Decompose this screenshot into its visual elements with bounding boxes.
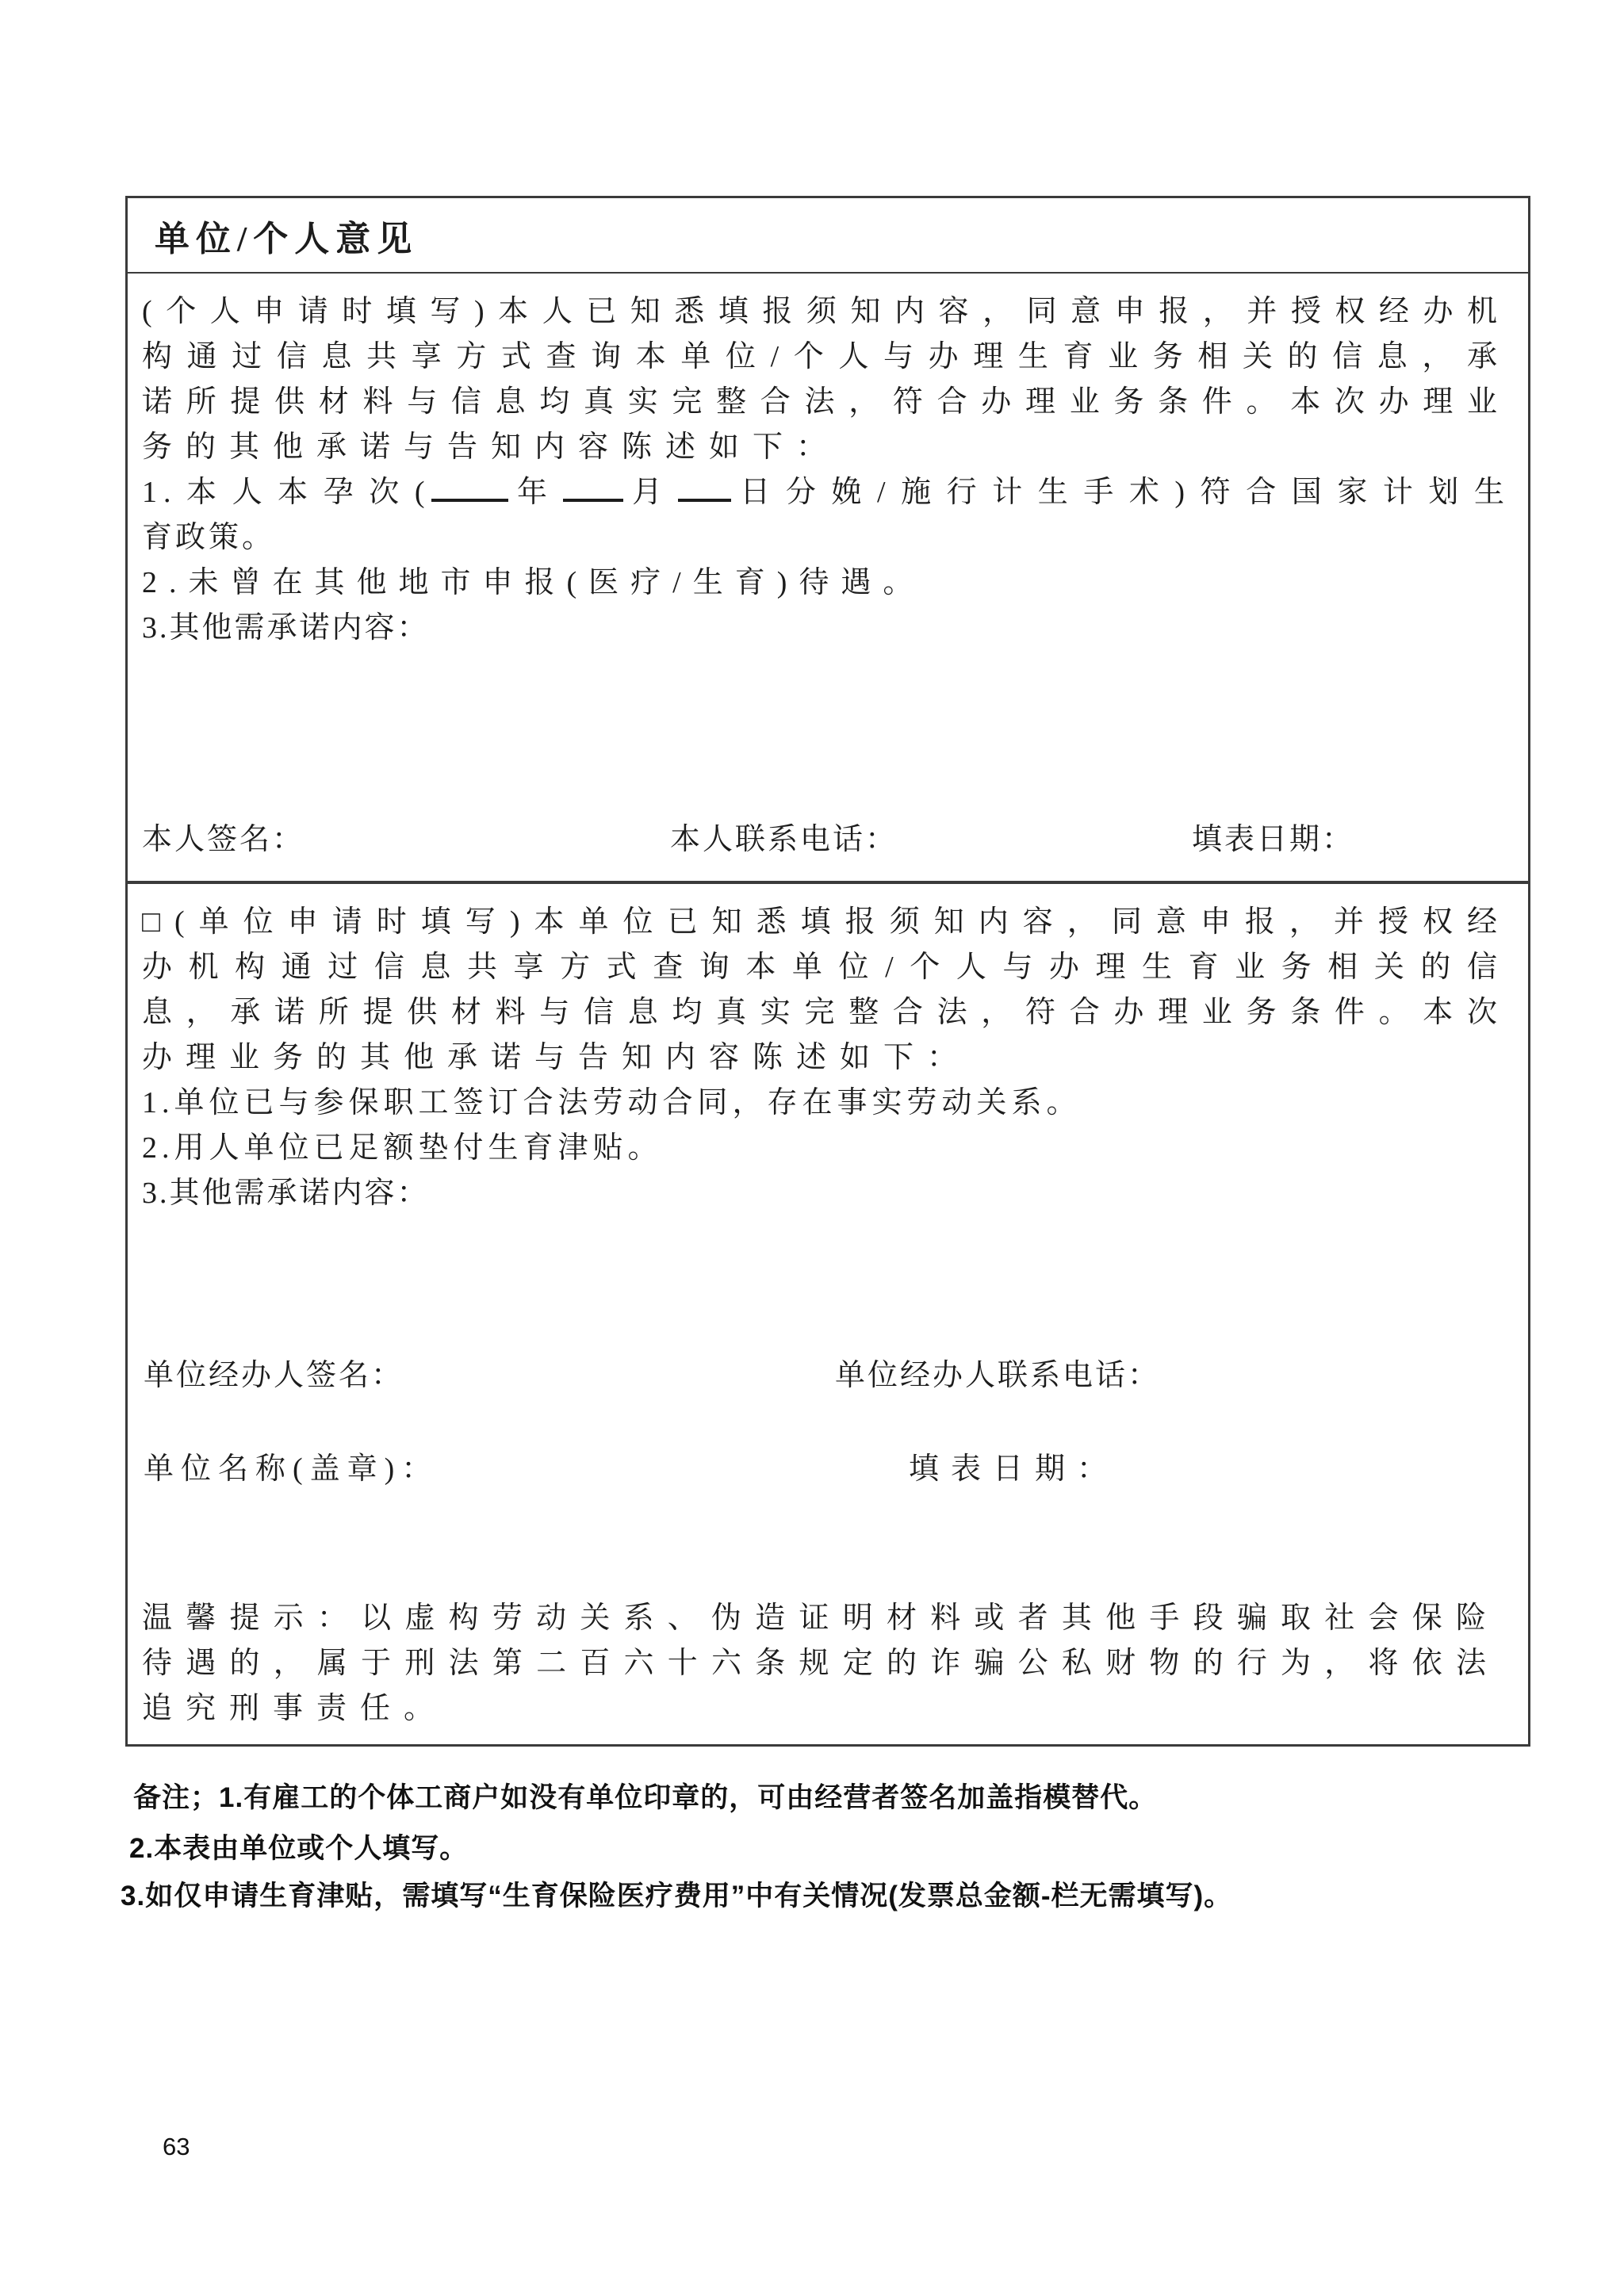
individual-item1-tail: 日分娩/施行计生手术)符合国家计划生 — [731, 476, 1511, 509]
individual-opinion-section: (个人申请时填写)本人已知悉填报须知内容，同意申报，并授权经办机构通过信息共享方… — [128, 274, 1528, 884]
individual-date-label: 填表日期： — [1192, 814, 1497, 858]
individual-phone-label-text: 本人联系电话： — [670, 823, 898, 856]
unit-agent-signature-field[interactable] — [404, 1359, 546, 1394]
individual-signature-label: 本人签名： — [142, 814, 447, 858]
individual-declaration-text: (个人申请时填写)本人已知悉填报须知内容，同意申报，并授权经办机构通过信息共享方… — [142, 289, 1511, 470]
unit-name-stamp-label-text: 单位名称(盖章)： — [144, 1452, 439, 1486]
individual-phone-field[interactable] — [898, 823, 1040, 858]
footnote-1: 备注；1.有雇工的个体工商户如没有单位印章的，可由经营者签名加盖指模替代。 — [133, 1776, 1157, 1816]
unit-agent-signature-label-text: 单位经办人签名： — [144, 1359, 404, 1392]
unit-declaration-body: (单位申请时填写)本单位已知悉填报须知内容，同意申报，并授权经办机构通过信息共享… — [142, 905, 1511, 1074]
unit-date-label-text: 填表日期： — [909, 1452, 1119, 1486]
unit-agent-phone-field[interactable] — [1160, 1359, 1303, 1394]
unit-item3: 3.其他需承诺内容： — [142, 1171, 1511, 1216]
unit-name-stamp-label: 单位名称(盖章)： — [144, 1444, 581, 1487]
individual-date-field[interactable] — [1354, 823, 1497, 858]
individual-item1-prefix: 1.本人本孕次( — [142, 476, 431, 509]
unit-opinion-section: □(单位申请时填写)本单位已知悉填报须知内容，同意申报，并授权经办机构通过信息共… — [128, 884, 1528, 1744]
delivery-day-blank-field[interactable] — [678, 470, 731, 502]
individual-signature-field[interactable] — [304, 823, 447, 858]
opinion-form-table: 单位/个人意见 (个人申请时填写)本人已知悉填报须知内容，同意申报，并授权经办机… — [125, 196, 1530, 1747]
form-header-row: 单位/个人意见 — [128, 198, 1528, 274]
footnote-2: 2.本表由单位或个人填写。 — [129, 1827, 468, 1866]
document-page: 单位/个人意见 (个人申请时填写)本人已知悉填报须知内容，同意申报，并授权经办机… — [0, 0, 1624, 2296]
individual-item1-continuation: 育政策。 — [142, 515, 1511, 561]
form-title: 单位/个人意见 — [155, 210, 418, 261]
unit-date-label: 填表日期： — [909, 1444, 1262, 1487]
year-label: 年 — [508, 476, 563, 509]
unit-name-stamp-field[interactable] — [439, 1452, 581, 1487]
unit-agent-phone-label-text: 单位经办人联系电话： — [835, 1359, 1160, 1392]
page-number: 63 — [163, 2133, 190, 2161]
individual-date-label-text: 填表日期： — [1192, 823, 1354, 856]
delivery-year-blank-field[interactable] — [431, 470, 508, 502]
unit-agent-phone-label: 单位经办人联系电话： — [835, 1350, 1303, 1394]
individual-signature-label-text: 本人签名： — [142, 823, 304, 856]
unit-declaration-text: □(单位申请时填写)本单位已知悉填报须知内容，同意申报，并授权经办机构通过信息共… — [142, 900, 1511, 1081]
individual-item1-line: 1.本人本孕次(年月日分娩/施行计生手术)符合国家计划生 — [142, 470, 1511, 515]
unit-agent-signature-label: 单位经办人签名： — [144, 1350, 546, 1394]
unit-date-field[interactable] — [1119, 1452, 1262, 1487]
unit-checkbox-icon[interactable]: □ — [142, 905, 174, 939]
individual-item2: 2.未曾在其他地市申报(医疗/生育)待遇。 — [142, 561, 1511, 606]
fraud-warning-text: 温馨提示：以虚构劳动关系、伪造证明材料或者其他手段骗取社会保险待遇的，属于刑法第… — [142, 1596, 1500, 1732]
delivery-month-blank-field[interactable] — [563, 470, 623, 502]
unit-item1: 1.单位已与参保职工签订合法劳动合同，存在事实劳动关系。 — [142, 1081, 1511, 1126]
individual-item3: 3.其他需承诺内容： — [142, 606, 1511, 651]
unit-item2: 2.用人单位已足额垫付生育津贴。 — [142, 1126, 1511, 1171]
month-label: 月 — [623, 476, 678, 509]
footnote-3: 3.如仅申请生育津贴，需填写“生育保险医疗费用”中有关情况(发票总金额-栏无需填… — [121, 1874, 1232, 1914]
individual-phone-label: 本人联系电话： — [670, 814, 1040, 858]
